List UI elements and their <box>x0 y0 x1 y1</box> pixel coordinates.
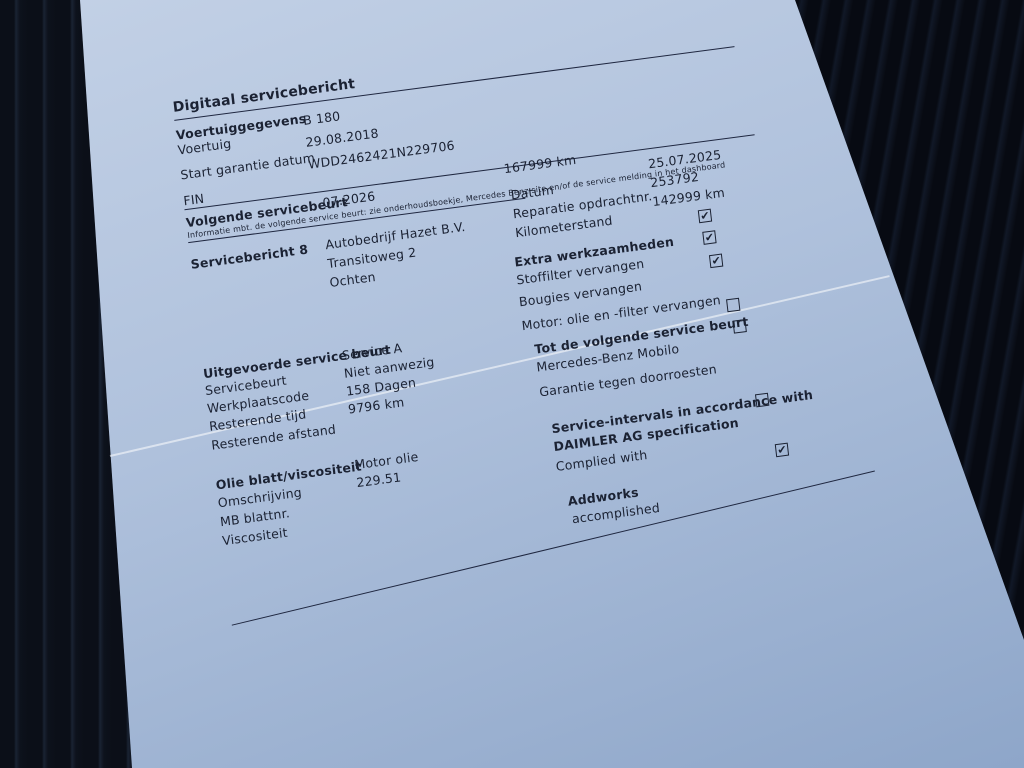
warranty-start-value: 29.08.2018 <box>305 125 380 150</box>
fin-label: FIN <box>183 191 205 209</box>
checkbox-cabin-filter[interactable]: ✔ <box>702 230 716 245</box>
next-service-km: 167999 km <box>503 152 577 176</box>
checkbox-rust-warranty[interactable] <box>733 319 747 334</box>
garage-city: Ochten <box>329 269 377 290</box>
checkbox-mobilo[interactable] <box>726 298 740 313</box>
service-report: Digitaal servicebericht Voertuiggegevens… <box>172 6 949 656</box>
vehicle-heading: Voertuiggegevens <box>175 111 307 143</box>
vehicle-value: B 180 <box>302 108 341 128</box>
checkbox-extra-work[interactable]: ✔ <box>698 209 712 224</box>
oil-description-value: Motor olie <box>354 449 420 472</box>
remaining-distance-value: 9796 km <box>347 394 405 416</box>
mb-sheet-value: 229.51 <box>356 469 402 490</box>
viscosity-label: Viscositeit <box>221 525 288 549</box>
checkbox-addworks[interactable]: ✔ <box>775 443 789 458</box>
date-label: Datum <box>510 182 555 203</box>
service-message-heading: Servicebericht 8 <box>190 242 309 272</box>
checkbox-oil-filter[interactable]: ✔ <box>709 254 723 269</box>
checkbox-complied[interactable] <box>755 393 769 408</box>
